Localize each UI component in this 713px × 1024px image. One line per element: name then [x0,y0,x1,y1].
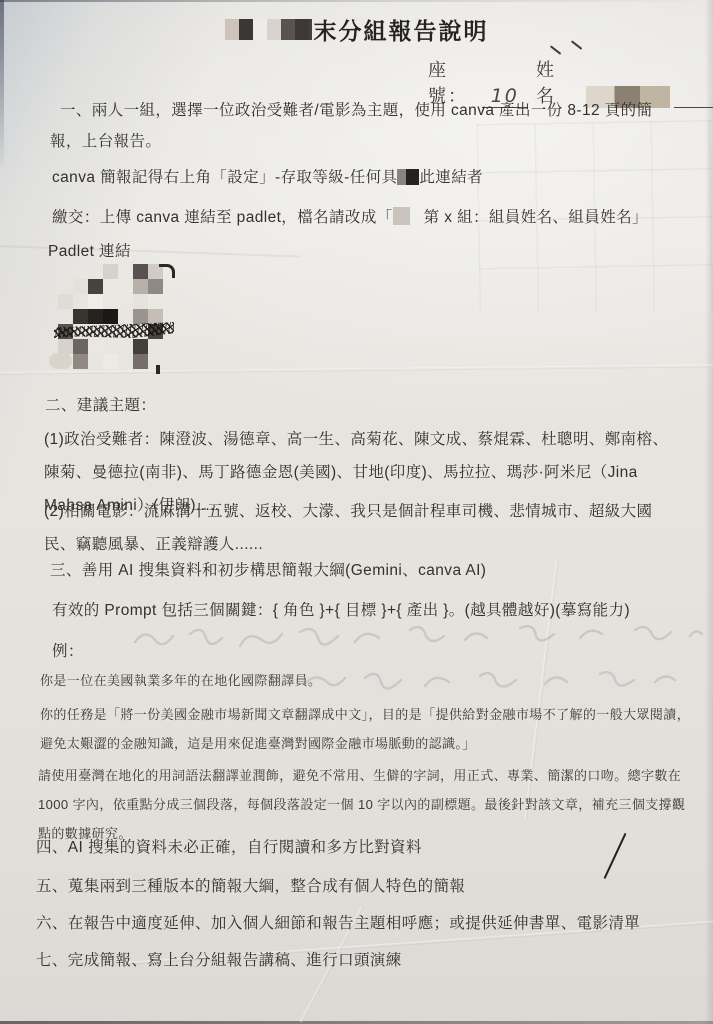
example-label: 例： [52,636,84,667]
canva-note-text-before: canva 簡報記得右上角「設定」-存取等級-任何具 [52,169,397,186]
instruction-item-6: 六、在報告中適度延伸、加入個人細節和報告主題相呼應；或提供延伸書單、電影清單 [36,908,640,939]
qr-mosaic-tab [49,353,72,369]
qr-module-noise-band [54,322,174,338]
suggested-topics-films: (2)相關電影：流麻溝十五號、返校、大濛、我只是個計程車司機、悲情城市、超級大國… [44,495,678,561]
instruction-item-3: 三、善用 AI 搜集資料和初步構思簡報大綱(Gemini、canva AI) [50,555,486,586]
title-redaction-mosaic [225,19,312,40]
page-title: 末分組報告說明 [314,13,489,46]
document-title-row: 末分組報告說明 [0,13,713,46]
canva-note-redaction [397,169,419,185]
canva-settings-note: canva 簡報記得右上角「設定」-存取等級-任何具此連結者 [52,162,692,193]
instruction-item-7: 七、完成簡報、寫上台分組報告講稿、進行口頭演練 [36,945,402,976]
photo-right-edge [705,0,713,1024]
qr-code-redacted [58,264,186,376]
name-underline [674,107,713,108]
instruction-item-2-heading: 二、建議主題： [45,390,156,421]
paper-crease [0,244,300,257]
example-prompt-role: 你是一位在美國執業多年的在地化國際翻譯員。 [40,666,690,695]
scanned-document-page: 末分組報告說明 座號： 10 姓名 一、兩人一組，選擇一位政治受難者/電影為主題… [0,0,713,1024]
instruction-item-4: 四、AI 搜集的資料未必正確，自行閱讀和多方比對資料 [36,832,422,863]
qr-corner-marker [159,264,175,278]
canva-note-text-after: 此連結者 [419,169,483,186]
qr-mosaic-cells [58,264,73,279]
submission-instruction: 繳交：上傳 canva 連結至 padlet，檔名請改成「第 x 組：組員姓名、… [52,202,692,233]
qr-mosaic-tick [156,365,160,374]
submit-text-before: 繳交：上傳 canva 連結至 padlet，檔名請改成「 [52,209,393,226]
example-prompt-task: 你的任務是「將一份美國金融市場新聞文章翻譯成中文」，目的是「提供給對金融市場不了… [40,700,692,758]
prompt-structure-note: 有效的 Prompt 包括三個關鍵：{ 角色 }+{ 目標 }+{ 產出 }。(… [52,595,692,626]
photo-top-edge [0,0,713,2]
padlet-link-label: Padlet 連結 [48,236,131,267]
instruction-item-5: 五、蒐集兩到三種版本的簡報大綱，整合成有個人特色的簡報 [36,871,465,902]
submit-text-after: 第 x 組：組員姓名、組員姓名」 [424,209,648,226]
instruction-item-1: 一、兩人一組，選擇一位政治受難者/電影為主題，使用 canva 產出一份 8-1… [50,95,678,157]
handwritten-tick-mark [550,45,562,55]
submit-redaction [393,207,410,225]
